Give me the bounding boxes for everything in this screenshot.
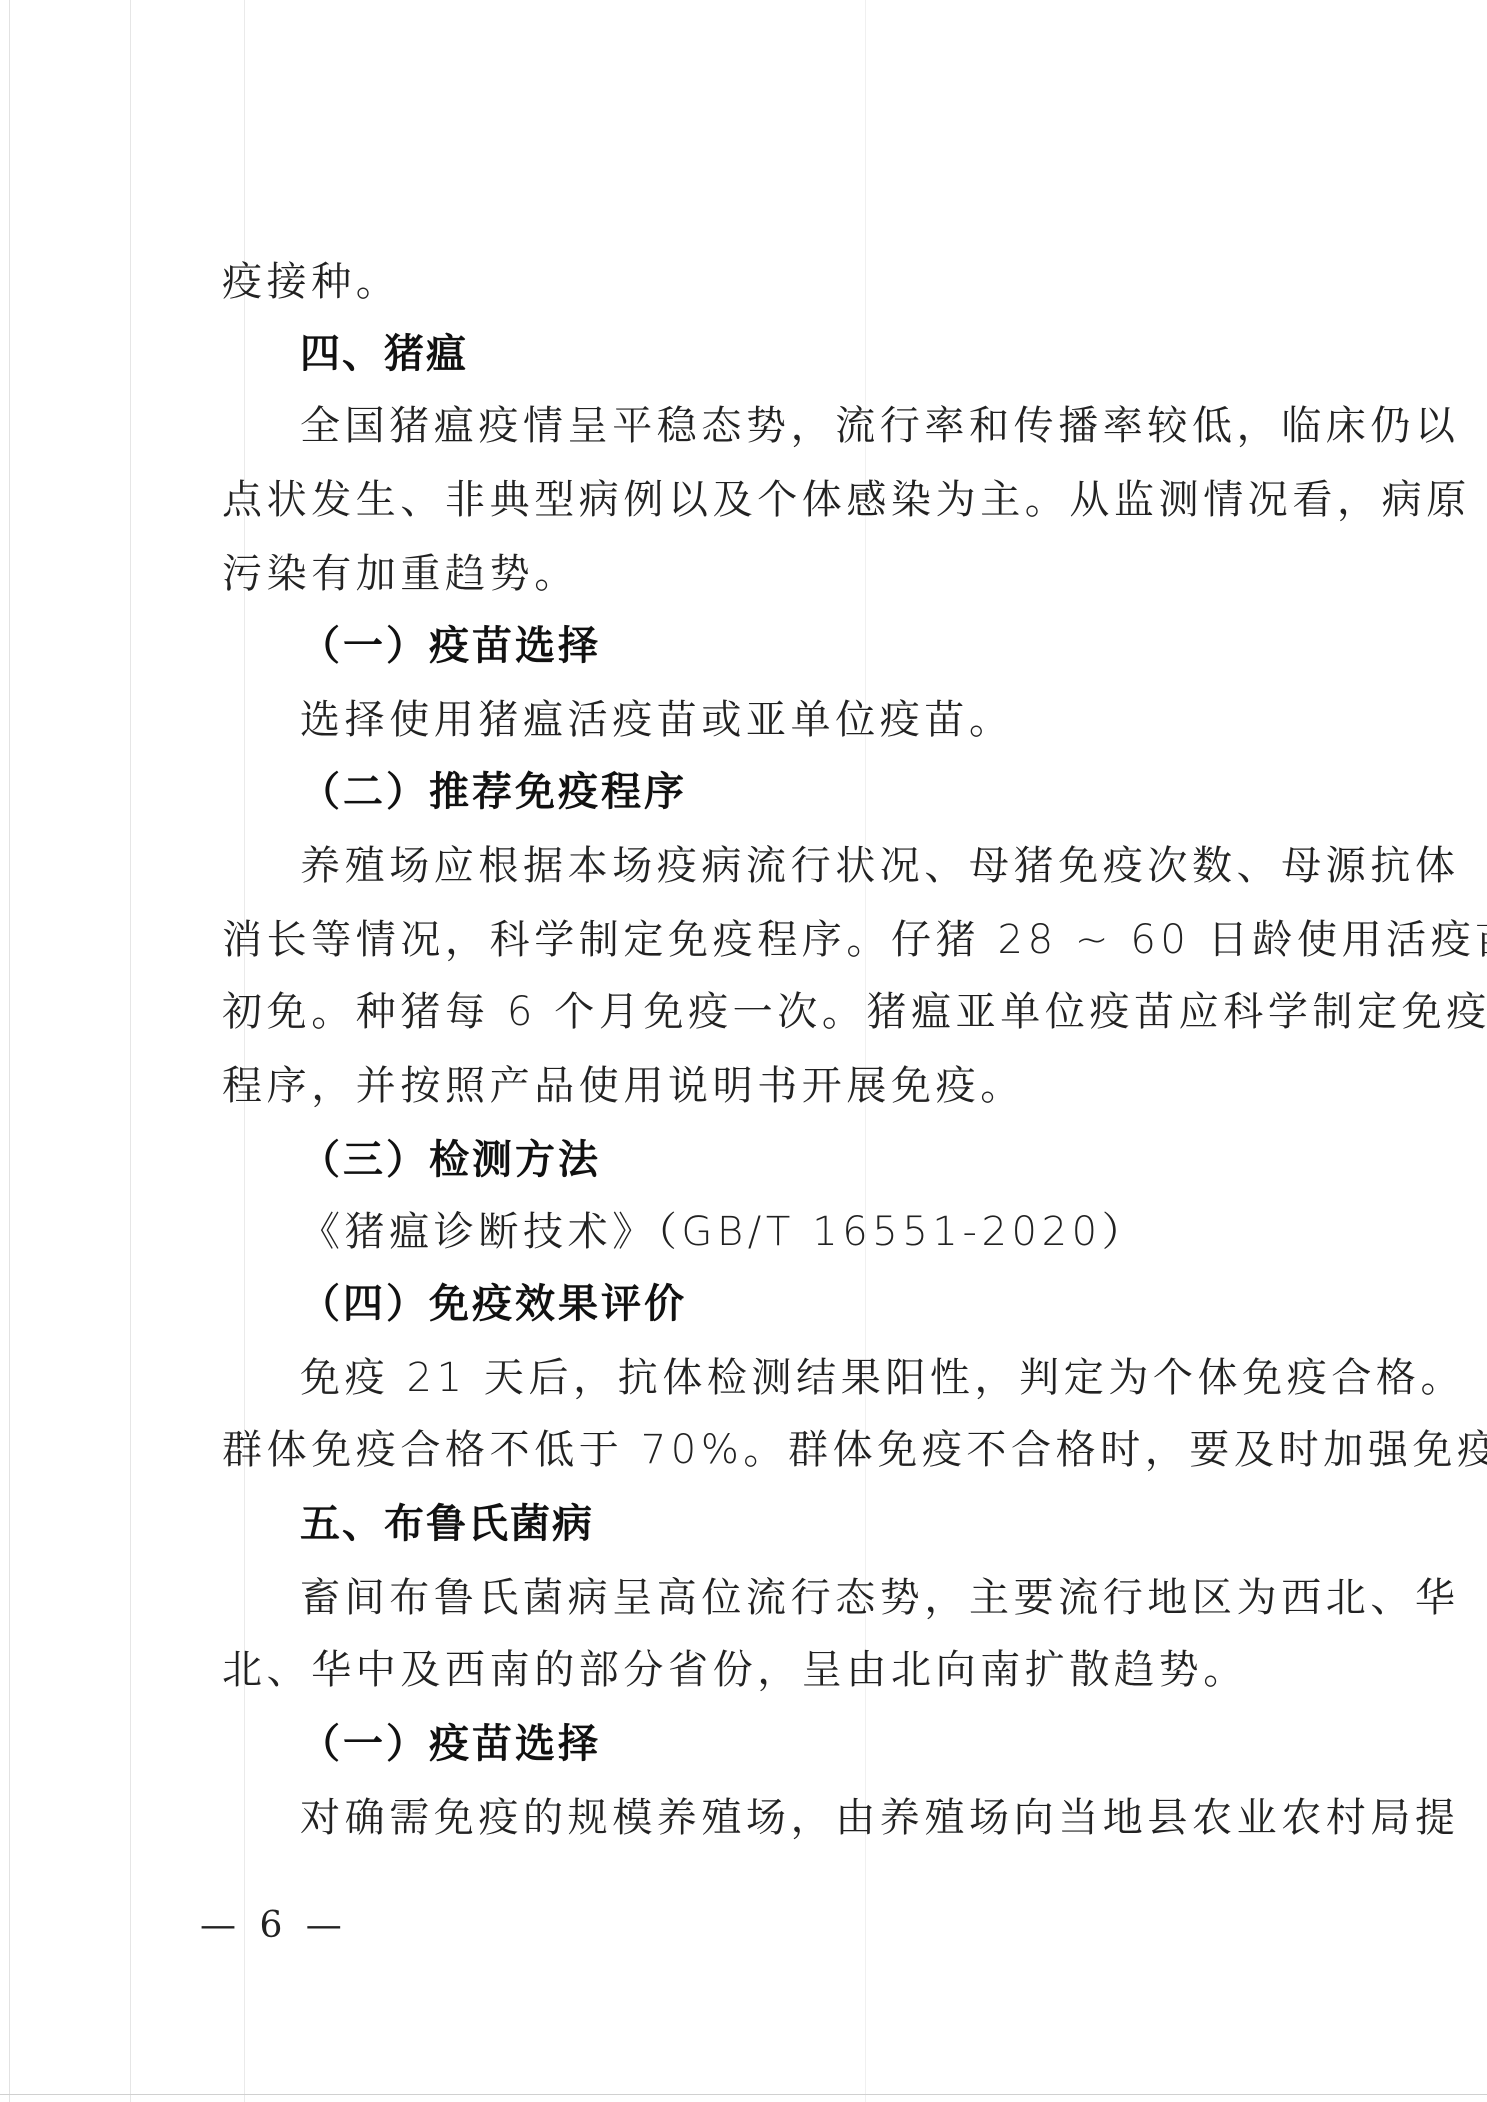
- paragraph-line: 程序，并按照产品使用说明书开展免疫。: [222, 1062, 1025, 1110]
- scan-artifact-line: [865, 0, 866, 2102]
- subsection-heading: （一）疫苗选择: [300, 622, 601, 670]
- page-number: — 6 —: [200, 1905, 348, 1946]
- paragraph-line: 对确需免疫的规模养殖场，由养殖场向当地县农业农村局提: [300, 1794, 1460, 1842]
- paragraph-line: 疫接种。: [222, 258, 400, 306]
- subsection-heading: （四）免疫效果评价: [300, 1280, 687, 1328]
- paragraph-line: 北、华中及西南的部分省份，呈由北向南扩散趋势。: [222, 1646, 1248, 1694]
- paragraph-line: 全国猪瘟疫情呈平稳态势，流行率和传播率较低，临床仍以: [300, 402, 1460, 450]
- paragraph-line: 免疫 21 天后，抗体检测结果阳性，判定为个体免疫合格。: [300, 1354, 1465, 1402]
- scan-artifact-line: [244, 0, 245, 2102]
- paragraph-line: 群体免疫合格不低于 70%。群体免疫不合格时，要及时加强免疫。: [222, 1426, 1487, 1474]
- paragraph-line: 初免。种猪每 6 个月免疫一次。猪瘟亚单位疫苗应科学制定免疫: [222, 988, 1487, 1036]
- paragraph-line: 《猪瘟诊断技术》（GB/T 16551-2020）: [300, 1208, 1146, 1256]
- paragraph-line: 选择使用猪瘟活疫苗或亚单位疫苗。: [300, 696, 1014, 744]
- scan-edge-line: [0, 2094, 1487, 2095]
- section-heading: 四、猪瘟: [300, 330, 468, 378]
- paragraph-line: 点状发生、非典型病例以及个体感染为主。从监测情况看，病原: [222, 476, 1471, 524]
- scan-artifact-line: [9, 0, 10, 2102]
- paragraph-line: 污染有加重趋势。: [222, 550, 579, 598]
- subsection-heading: （一）疫苗选择: [300, 1720, 601, 1768]
- section-heading: 五、布鲁氏菌病: [300, 1500, 594, 1548]
- subsection-heading: （三）检测方法: [300, 1136, 601, 1184]
- subsection-heading: （二）推荐免疫程序: [300, 768, 687, 816]
- paragraph-line: 畜间布鲁氏菌病呈高位流行态势，主要流行地区为西北、华: [300, 1574, 1460, 1622]
- paragraph-line: 养殖场应根据本场疫病流行状况、母猪免疫次数、母源抗体: [300, 842, 1460, 890]
- paragraph-line: 消长等情况，科学制定免疫程序。仔猪 28 ~ 60 日龄使用活疫苗: [222, 916, 1487, 964]
- scan-artifact-line: [130, 0, 131, 2102]
